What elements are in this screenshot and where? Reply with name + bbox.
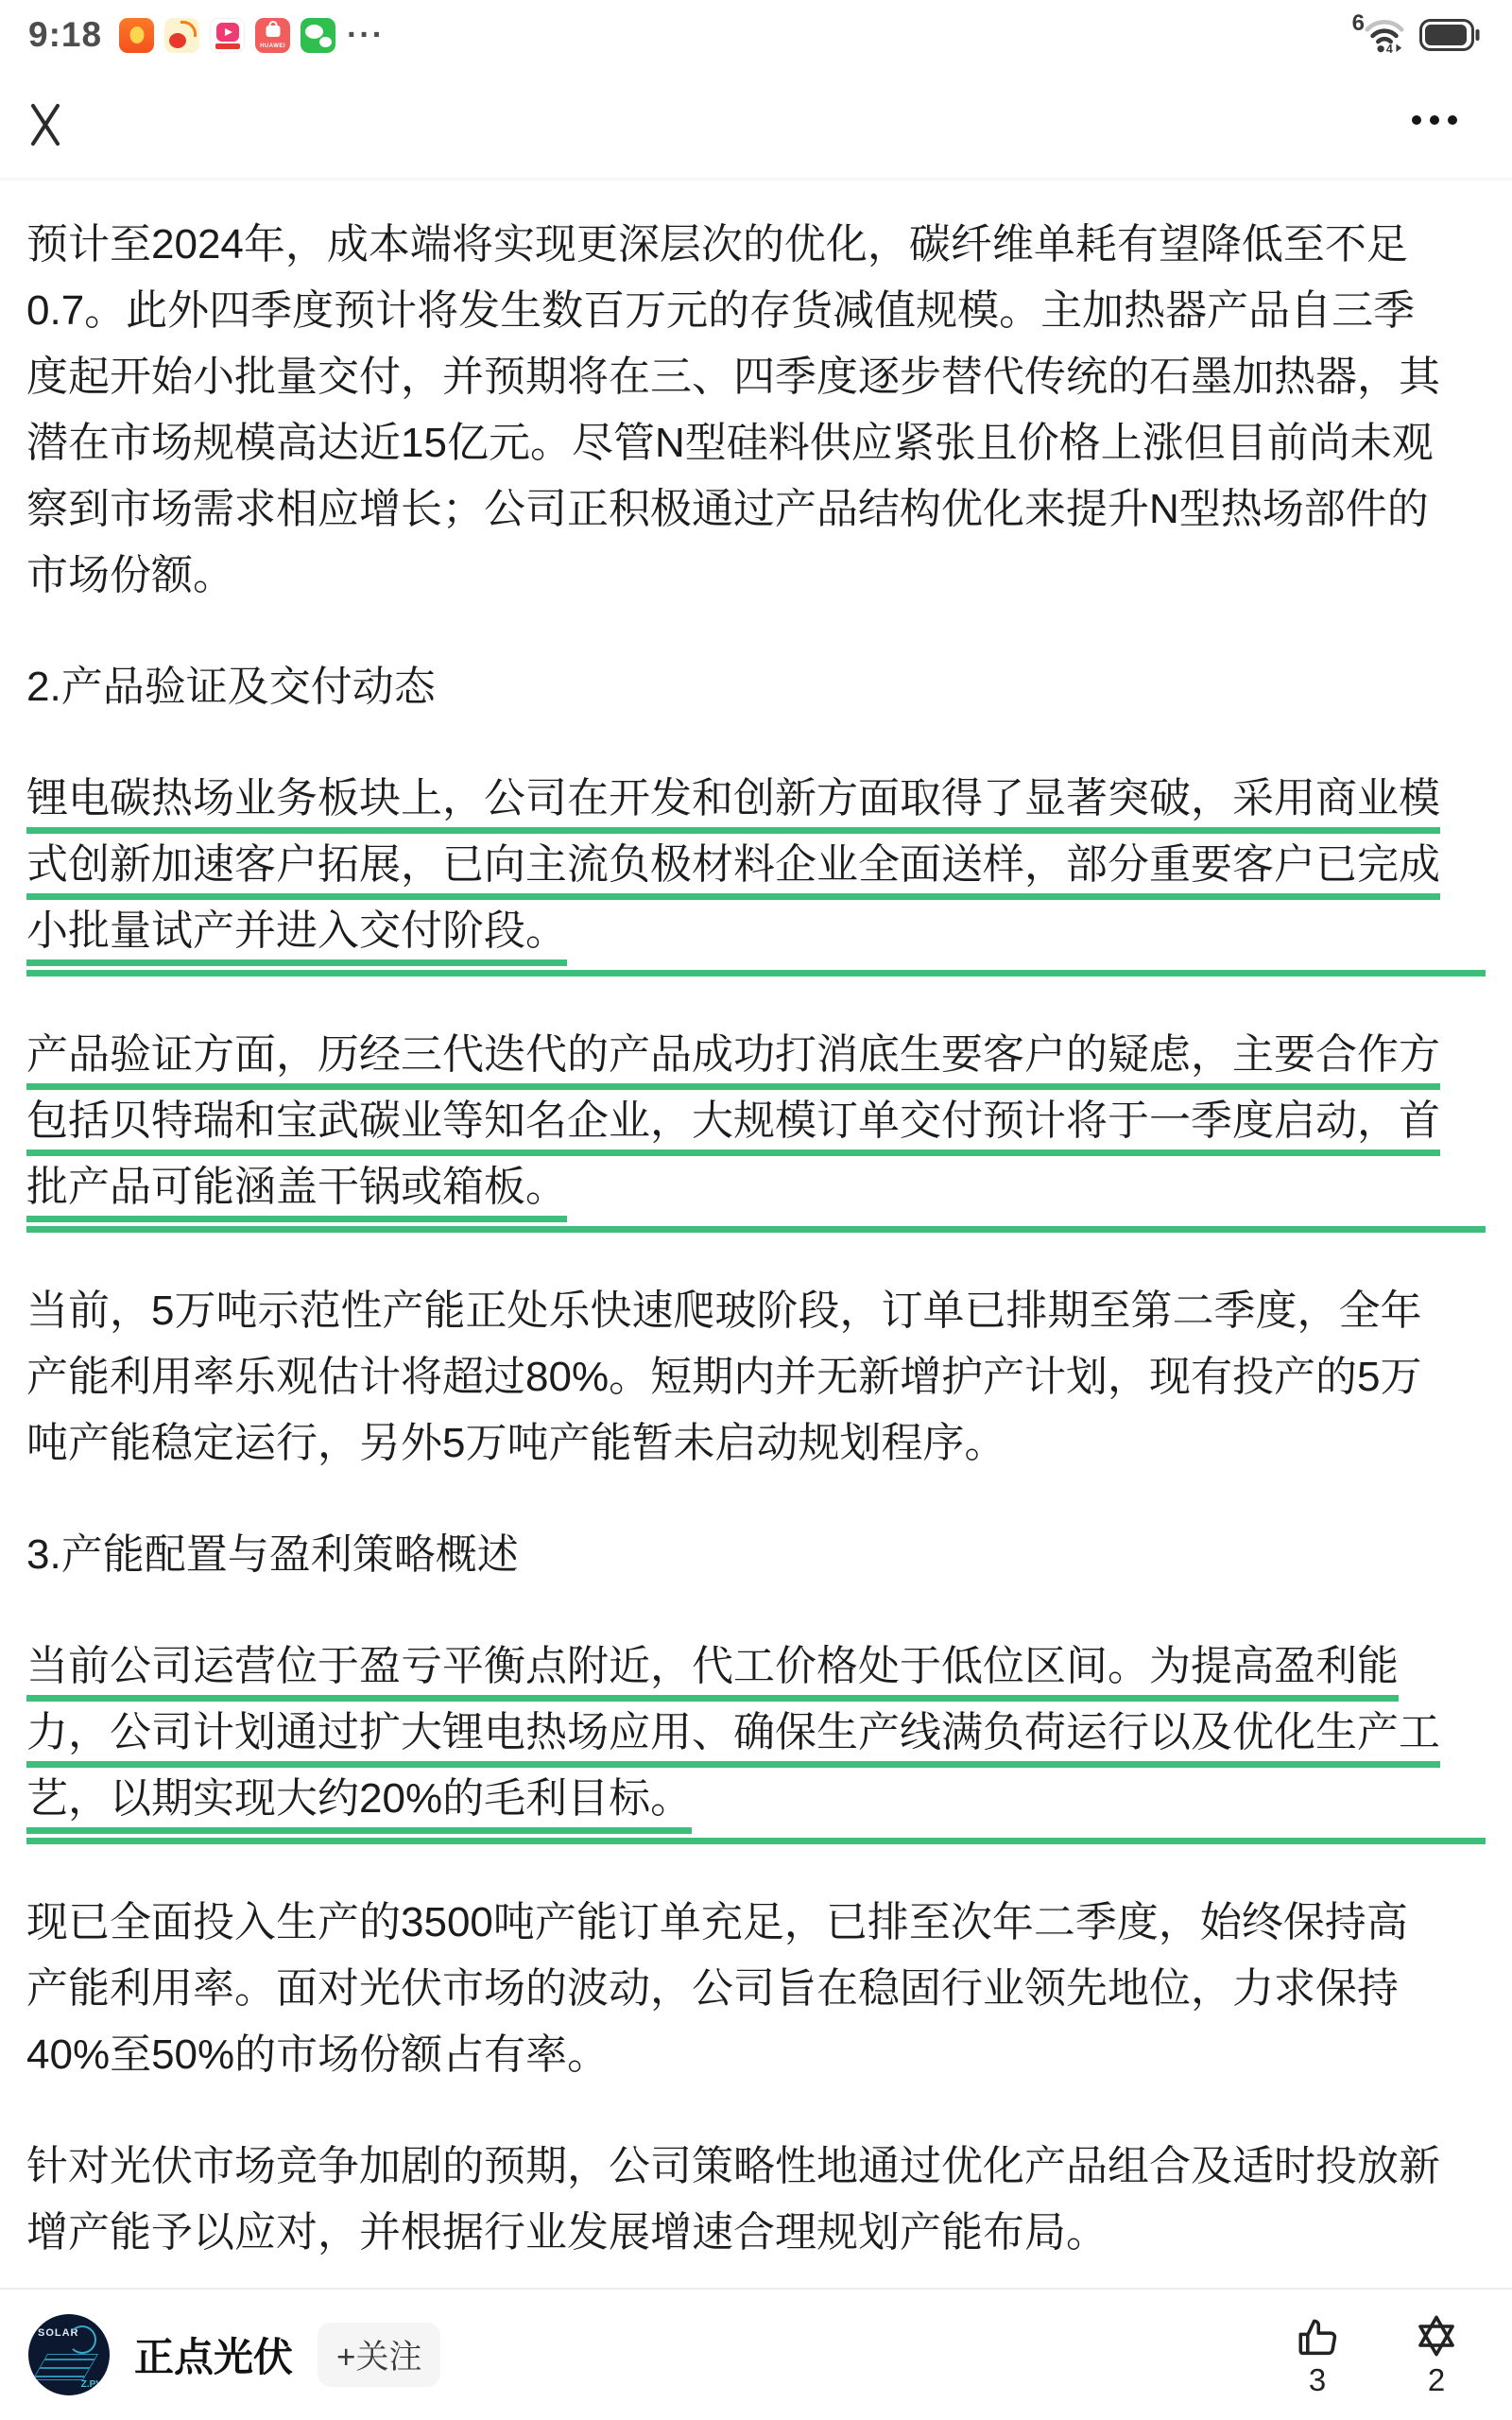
paragraph: 针对光伏市场竞争加剧的预期，公司策略性地通过优化产品组合及适时投放新增产能予以应… xyxy=(26,2134,1486,2266)
thumbs-up-icon xyxy=(1294,2312,1341,2359)
reward-count: 2 xyxy=(1428,2362,1445,2398)
text-line: 产能利用率乐观估计将超过80%。短期内并无新增护产计划，现有投产的5万 xyxy=(26,1354,1422,1400)
text-line: 针对光伏市场竞争加剧的预期，公司策略性地通过优化产品组合及适时投放新 xyxy=(26,2143,1440,2189)
more-dot-icon xyxy=(1412,115,1421,125)
author-bar: SOLAR Z.PV 正点光伏 +关注 3 2 xyxy=(0,2288,1512,2420)
text-line: 现已全面投入生产的3500吨产能订单充足，已排至次年二季度，始终保持高 xyxy=(26,1899,1408,1945)
shopping-bag-icon xyxy=(266,26,280,37)
reward-button[interactable]: 2 xyxy=(1402,2312,1470,2398)
highlighted-text-line: 产品验证方面，历经三代迭代的产品成功打消底生要客户的疑虑，主要合作方 xyxy=(26,1031,1440,1090)
text-line: 度起开始小批量交付，并预期将在三、四季度逐步替代传统的石墨加热器，其 xyxy=(26,354,1440,400)
paragraph: 预计至2024年，成本端将实现更深层次的优化，碳纤维单耗有望降低至不足0.7。此… xyxy=(26,212,1486,609)
hexagram-star-icon xyxy=(1413,2312,1460,2359)
highlighted-text-line: 锂电碳热场业务板块上，公司在开发和创新方面取得了显著突破，采用商业模 xyxy=(26,775,1440,834)
highlighted-paragraph: 当前公司运营位于盈亏平衡点附近，代工价格处于低位区间。为提高盈利能力，公司计划通… xyxy=(26,1633,1486,1844)
text-line: 察到市场需求相应增长；公司正积极通过产品结构优化来提升N型热场部件的 xyxy=(26,486,1429,532)
section-heading: 3.产能配置与盈利策略概述 xyxy=(26,1522,1486,1588)
text-line: 40%至50%的市场份额占有率。 xyxy=(26,2031,609,2078)
highlighted-text-line: 式创新加速客户拓展，已向主流负极材料企业全面送样，部分重要客户已完成 xyxy=(26,841,1440,900)
text-line: 市场份额。 xyxy=(26,552,234,598)
wifi-arcs-icon: 4 xyxy=(1363,14,1406,56)
solar-panel-icon xyxy=(32,2354,98,2380)
article-body: 预计至2024年，成本端将实现更深层次的优化，碳纤维单耗有望降低至不足0.7。此… xyxy=(0,212,1512,2311)
more-notifications-icon: ··· xyxy=(347,26,385,44)
like-button[interactable]: 3 xyxy=(1283,2312,1351,2398)
more-dot-icon xyxy=(1448,115,1457,125)
weibo-app-icon xyxy=(164,18,199,53)
status-right-cluster: 6 4 xyxy=(1352,14,1480,56)
highlighted-paragraph: 锂电碳热场业务板块上，公司在开发和创新方面取得了显著突破，采用商业模式创新加速客… xyxy=(26,766,1486,977)
paragraph: 现已全面投入生产的3500吨产能订单充足，已排至次年二季度，始终保持高产能利用率… xyxy=(26,1890,1486,2088)
text-line: 产能利用率。面对光伏市场的波动，公司旨在稳固行业领先地位，力求保持 xyxy=(26,1965,1399,2012)
header-divider xyxy=(0,178,1512,181)
text-line: 潜在市场规模高达近15亿元。尽管N型硅料供应紧张且价格上涨但目前尚未观 xyxy=(26,420,1434,466)
text-line: 2.产品验证及交付动态 xyxy=(26,664,436,710)
highlighted-paragraph: 产品验证方面，历经三代迭代的产品成功打消底生要客户的疑虑，主要合作方包括贝特瑞和… xyxy=(26,1022,1486,1233)
notification-app-icons: HUAWEI xyxy=(119,18,335,53)
status-bar: 9:18 HUAWEI ··· 6 4 xyxy=(0,0,1512,62)
close-button[interactable] xyxy=(25,100,66,149)
avatar[interactable]: SOLAR Z.PV xyxy=(28,2314,110,2395)
highlighted-text-line: 当前公司运营位于盈亏平衡点附近，代工价格处于低位区间。为提高盈利能 xyxy=(26,1643,1399,1702)
red-envelope-app-icon xyxy=(119,18,154,53)
huawei-store-app-icon: HUAWEI xyxy=(255,18,290,53)
more-dot-icon xyxy=(1430,115,1439,125)
text-line: 当前，5万吨示范性产能正处乐快速爬玻阶段，订单已排期至第二季度，全年 xyxy=(26,1288,1421,1334)
battery-icon xyxy=(1419,18,1480,52)
paragraph: 当前，5万吨示范性产能正处乐快速爬玻阶段，订单已排期至第二季度，全年产能利用率乐… xyxy=(26,1278,1486,1477)
sun-icon xyxy=(68,2325,96,2354)
clock-time: 9:18 xyxy=(28,15,102,55)
footer-actions: 3 2 xyxy=(1283,2312,1470,2398)
svg-text:4: 4 xyxy=(1386,43,1393,56)
wechat-app-icon xyxy=(301,18,335,53)
highlighted-text-line: 力，公司计划通过扩大锂电热场应用、确保生产线满负荷运行以及优化生产工 xyxy=(26,1709,1440,1768)
highlighted-text-line: 艺，以期实现大约20%的毛利目标。 xyxy=(26,1775,692,1834)
text-line: 预计至2024年，成本端将实现更深层次的优化，碳纤维单耗有望降低至不足 xyxy=(26,221,1408,268)
more-options-button[interactable] xyxy=(1412,115,1457,125)
close-icon xyxy=(25,100,66,149)
text-line: 0.7。此外四季度预计将发生数百万元的存货减值规模。主加热器产品自三季 xyxy=(26,287,1415,334)
video-app-icon xyxy=(210,18,245,53)
avatar-brand-subtext: Z.PV xyxy=(81,2379,102,2390)
wifi-icon: 6 4 xyxy=(1352,14,1406,56)
highlighted-text-line: 小批量试产并进入交付阶段。 xyxy=(26,907,567,966)
text-line: 吨产能稳定运行，另外5万吨产能暂未启动规划程序。 xyxy=(26,1420,1005,1466)
author-name[interactable]: 正点光伏 xyxy=(134,2326,293,2383)
section-heading: 2.产品验证及交付动态 xyxy=(26,654,1486,720)
like-count: 3 xyxy=(1309,2362,1326,2398)
text-line: 增产能予以应对，并根据行业发展增速合理规划产能布局。 xyxy=(26,2209,1108,2256)
follow-button[interactable]: +关注 xyxy=(318,2323,440,2387)
text-line: 3.产能配置与盈利策略概述 xyxy=(26,1531,519,1578)
highlighted-text-line: 包括贝特瑞和宝武碳业等知名企业，大规模订单交付预计将于一季度启动，首 xyxy=(26,1098,1440,1156)
highlighted-text-line: 批产品可能涵盖干锅或箱板。 xyxy=(26,1164,567,1222)
